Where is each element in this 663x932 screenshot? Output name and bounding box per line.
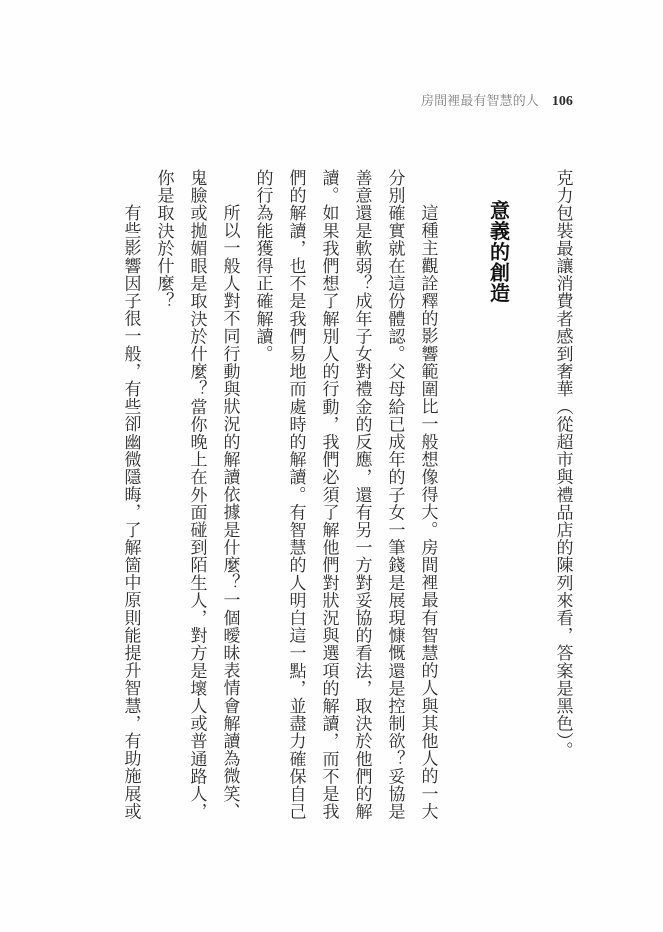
text-line: 讀。如果我們想了解別人的行動，我們必須了解他們對狀況與選項的解讀，而不是我 bbox=[313, 169, 346, 831]
running-header: 房間裡最有智慧的人106 bbox=[421, 92, 573, 110]
text-line: 克力包裝最讓消費者感到奢華（從超市與禮品店的陳列來看，答案是黑色）。 bbox=[547, 169, 580, 831]
text-line: 所以一般人對不同行動與狀況的解讀依據是什麼？一個曖昧表情會解讀為微笑、 bbox=[214, 169, 247, 831]
text-line: 鬼臉或拋媚眼是取決於什麼？當你晚上在外面碰到陌生人，對方是壞人或普通路人， bbox=[181, 169, 214, 831]
body-text: 克力包裝最讓消費者感到奢華（從超市與禮品店的陳列來看，答案是黑色）。 意義的創造… bbox=[115, 169, 580, 831]
book-page: 房間裡最有智慧的人106 克力包裝最讓消費者感到奢華（從超市與禮品店的陳列來看，… bbox=[0, 0, 663, 932]
text-line: 的行為能獲得正確解讀。 bbox=[247, 169, 280, 831]
text-line: 們的解讀，也不是我們易地而處時的解讀。有智慧的人明白這一點，並盡力確保自己 bbox=[280, 169, 313, 831]
paragraph: 有些影響因子很一般，有些卻幽微隱晦，了解箇中原則能提升智慧，有助施展或 bbox=[115, 169, 148, 831]
section-heading: 意義的創造 bbox=[481, 169, 514, 831]
text-line: 這種主觀詮釋的影響範圍比一般想像得大。房間裡最有智慧的人與其他人的一大 bbox=[412, 169, 445, 831]
book-title: 房間裡最有智慧的人 bbox=[421, 93, 539, 108]
paragraph-continuation: 克力包裝最讓消費者感到奢華（從超市與禮品店的陳列來看，答案是黑色）。 bbox=[547, 169, 580, 831]
text-line: 有些影響因子很一般，有些卻幽微隱晦，了解箇中原則能提升智慧，有助施展或 bbox=[115, 169, 148, 831]
paragraph: 所以一般人對不同行動與狀況的解讀依據是什麼？一個曖昧表情會解讀為微笑、 鬼臉或拋… bbox=[148, 169, 247, 831]
text-line: 你是取決於什麼？ bbox=[148, 169, 181, 831]
paragraph: 這種主觀詮釋的影響範圍比一般想像得大。房間裡最有智慧的人與其他人的一大 分別確實… bbox=[247, 169, 445, 831]
text-line: 分別確實就在這份體認。父母給已成年的子女一筆錢是展現慷慨還是控制欲？妥協是 bbox=[379, 169, 412, 831]
text-line: 善意還是軟弱？成年子女對禮金的反應，還有另一方對妥協的看法，取決於他們的解 bbox=[346, 169, 379, 831]
page-number: 106 bbox=[552, 94, 573, 109]
